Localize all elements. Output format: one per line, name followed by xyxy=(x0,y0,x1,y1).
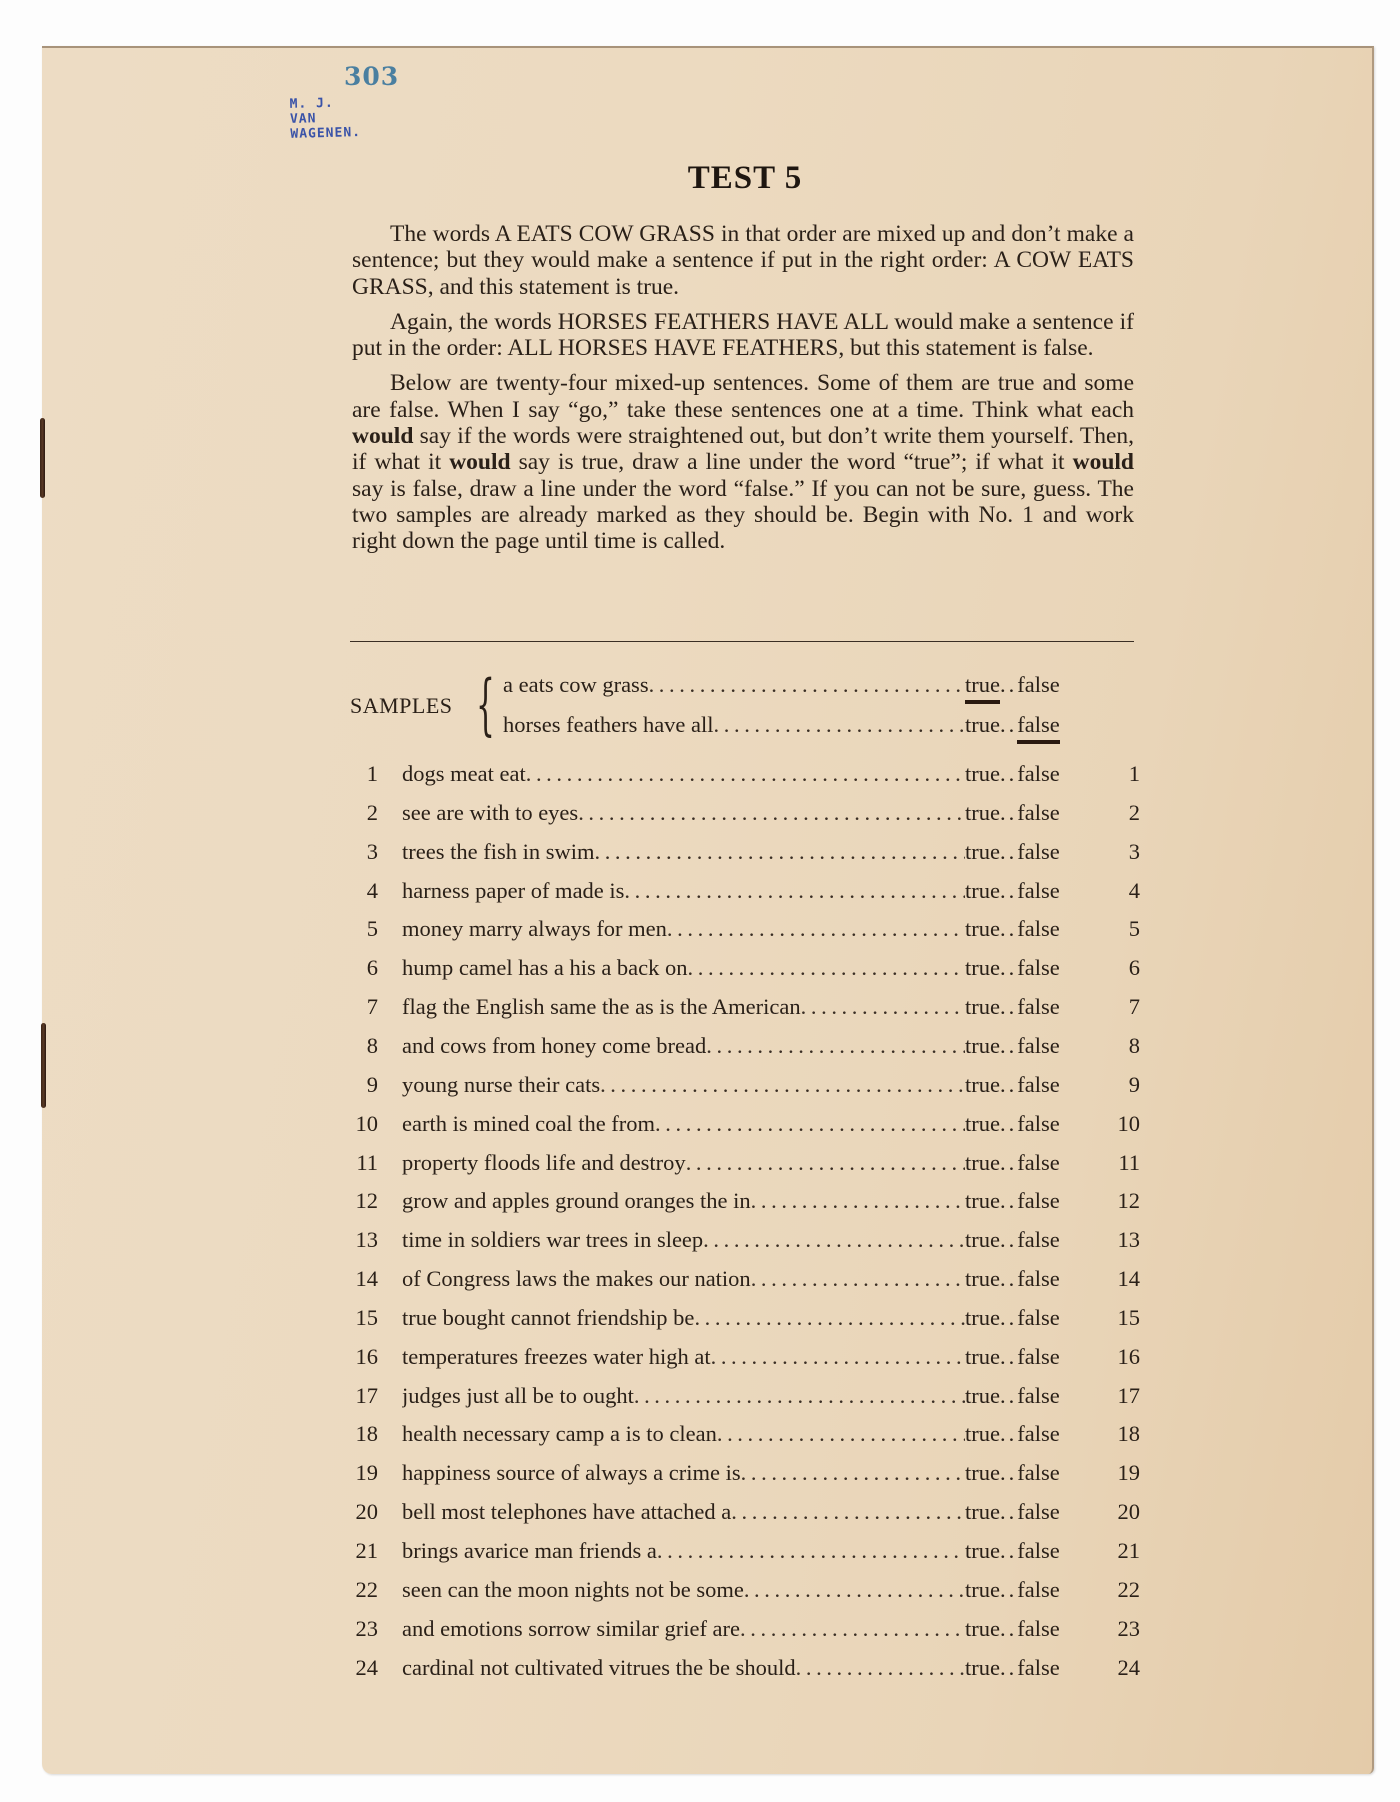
item-number-right: 18 xyxy=(1110,1419,1140,1449)
answer-false[interactable]: false xyxy=(1017,1305,1059,1330)
mixed-sentence: hump camel has a his a back on..........… xyxy=(402,953,965,983)
item-number-right: 23 xyxy=(1110,1614,1140,1644)
sample-row: a eats cow grass........................… xyxy=(0,670,1400,700)
item-number-right: 7 xyxy=(1110,992,1140,1022)
answer-true[interactable]: true xyxy=(965,1150,1000,1175)
item-number: 7 xyxy=(348,992,378,1022)
answer-separator: .. xyxy=(1000,1460,1017,1485)
answer-true[interactable]: true xyxy=(965,1616,1000,1641)
answer-separator: .. xyxy=(1000,761,1017,786)
answer-separator: .. xyxy=(1000,1538,1017,1563)
answer-separator: .. xyxy=(1000,916,1017,941)
answer-separator: .. xyxy=(1000,1344,1017,1369)
answer-choices: true..false xyxy=(965,670,1060,700)
answer-true[interactable]: true xyxy=(965,1538,1000,1563)
answer-false[interactable]: false xyxy=(1017,672,1059,697)
answer-separator: .. xyxy=(1000,1266,1017,1291)
mixed-sentence: and cows from honey come bread..........… xyxy=(402,1031,965,1061)
answer-true[interactable]: true xyxy=(965,1188,1000,1213)
item-number: 5 xyxy=(348,914,378,944)
item-number-right: 11 xyxy=(1110,1148,1140,1178)
mixed-sentence: trees the fish in swim..................… xyxy=(402,837,965,867)
answer-false[interactable]: false xyxy=(1017,761,1059,786)
answer-false[interactable]: false xyxy=(1017,1499,1059,1524)
answer-separator: .. xyxy=(1000,878,1017,903)
test-item-row: 14of Congress laws the makes our nation.… xyxy=(0,1264,1400,1294)
item-number-right: 24 xyxy=(1110,1653,1140,1683)
item-number: 15 xyxy=(348,1303,378,1333)
mixed-sentence: health necessary camp a is to clean.....… xyxy=(402,1419,965,1449)
answer-true[interactable]: true xyxy=(965,916,1000,941)
mixed-sentence: harness paper of made is................… xyxy=(402,876,965,906)
answer-true[interactable]: true xyxy=(965,672,1000,697)
answer-separator: .. xyxy=(1000,839,1017,864)
answer-separator: .. xyxy=(1000,1655,1017,1680)
mixed-sentence: grow and apples ground oranges the in...… xyxy=(402,1186,965,1216)
mixed-sentence: time in soldiers war trees in sleep.....… xyxy=(402,1225,965,1255)
answer-false[interactable]: false xyxy=(1017,916,1059,941)
answer-choices: true..false xyxy=(965,876,1060,906)
answer-choices: true..false xyxy=(965,1109,1060,1139)
test-item-row: 5money marry always for men.............… xyxy=(0,914,1400,944)
mixed-sentence: flag the English same the as is the Amer… xyxy=(402,992,965,1022)
answer-choices: true..false xyxy=(965,992,1060,1022)
answer-true[interactable]: true xyxy=(965,1577,1000,1602)
answer-true[interactable]: true xyxy=(965,1227,1000,1252)
mixed-sentence: happiness source of always a crime is...… xyxy=(402,1458,965,1488)
mixed-sentence: cardinal not cultivated vitrues the be s… xyxy=(402,1653,965,1683)
answer-false[interactable]: false xyxy=(1017,1072,1059,1097)
answer-false[interactable]: false xyxy=(1017,1421,1059,1446)
instructions: The words A EATS COW GRASS in that order… xyxy=(352,221,1134,564)
answer-separator: .. xyxy=(1000,1188,1017,1213)
item-number-right: 3 xyxy=(1110,837,1140,867)
test-item-row: 16temperatures freezes water high at....… xyxy=(0,1342,1400,1372)
answer-choices: true..false xyxy=(965,1536,1060,1566)
test-item-row: 11property floods life and destroy......… xyxy=(0,1148,1400,1178)
test-item-row: 2see are with to eyes...................… xyxy=(0,798,1400,828)
item-number-right: 19 xyxy=(1110,1458,1140,1488)
test-item-row: 6hump camel has a his a back on.........… xyxy=(0,953,1400,983)
answer-true[interactable]: true xyxy=(965,1655,1000,1680)
item-number: 6 xyxy=(348,953,378,983)
test-item-row: 7flag the English same the as is the Ame… xyxy=(0,992,1400,1022)
stamp-page-number: 303 xyxy=(344,62,399,91)
answer-choices: true..false xyxy=(965,1303,1060,1333)
answer-choices: true..false xyxy=(965,1497,1060,1527)
answer-true[interactable]: true xyxy=(965,1266,1000,1291)
test-title: TEST 5 xyxy=(0,160,1400,197)
answer-false[interactable]: false xyxy=(1017,1383,1059,1408)
answer-false[interactable]: false xyxy=(1017,800,1059,825)
mixed-sentence: and emotions sorrow similar grief are...… xyxy=(402,1614,965,1644)
answer-choices: true..false xyxy=(965,1031,1060,1061)
answer-true[interactable]: true xyxy=(965,1460,1000,1485)
item-number-right: 5 xyxy=(1110,914,1140,944)
mixed-sentence: seen can the moon nights not be some....… xyxy=(402,1575,965,1605)
answer-true[interactable]: true xyxy=(965,1033,1000,1058)
answer-separator: .. xyxy=(1000,1577,1017,1602)
answer-false[interactable]: false xyxy=(1017,839,1059,864)
answer-choices: true..false xyxy=(965,1575,1060,1605)
mixed-sentence: young nurse their cats..................… xyxy=(402,1070,965,1100)
answer-separator: .. xyxy=(1000,1111,1017,1136)
binding-staple-top xyxy=(40,418,45,498)
answer-false[interactable]: false xyxy=(1017,712,1059,737)
answer-separator: .. xyxy=(1000,955,1017,980)
mixed-sentence: bell most telephones have attached a....… xyxy=(402,1497,965,1527)
item-number-right: 10 xyxy=(1110,1109,1140,1139)
answer-true[interactable]: true xyxy=(965,955,1000,980)
answer-false[interactable]: false xyxy=(1017,1150,1059,1175)
answer-separator: .. xyxy=(1000,994,1017,1019)
item-number: 12 xyxy=(348,1186,378,1216)
answer-separator: .. xyxy=(1000,1383,1017,1408)
answer-choices: true..false xyxy=(965,837,1060,867)
answer-false[interactable]: false xyxy=(1017,1538,1059,1563)
answer-false[interactable]: false xyxy=(1017,1655,1059,1680)
item-number: 8 xyxy=(348,1031,378,1061)
answer-false[interactable]: false xyxy=(1017,1616,1059,1641)
answer-choices: true..false xyxy=(965,1419,1060,1449)
item-number: 24 xyxy=(348,1653,378,1683)
answer-choices: true..false xyxy=(965,1614,1060,1644)
answer-true[interactable]: true xyxy=(965,712,1000,737)
answer-choices: true..false xyxy=(965,1225,1060,1255)
item-number: 4 xyxy=(348,876,378,906)
item-number: 3 xyxy=(348,837,378,867)
instructions-paragraph-2: Again, the words HORSES FEATHERS HAVE AL… xyxy=(352,309,1134,362)
item-number: 9 xyxy=(348,1070,378,1100)
item-number: 21 xyxy=(348,1536,378,1566)
answer-separator: .. xyxy=(1000,1499,1017,1524)
test-item-row: 22seen can the moon nights not be some..… xyxy=(0,1575,1400,1605)
item-number-right: 6 xyxy=(1110,953,1140,983)
instructions-paragraph-1: The words A EATS COW GRASS in that order… xyxy=(352,221,1134,300)
mixed-sentence: brings avarice man friends a............… xyxy=(402,1536,965,1566)
test-item-row: 9young nurse their cats.................… xyxy=(0,1070,1400,1100)
mixed-sentence: property floods life and destroy........… xyxy=(402,1148,965,1178)
answer-separator: .. xyxy=(1000,1033,1017,1058)
item-number-right: 9 xyxy=(1110,1070,1140,1100)
answer-true[interactable]: true xyxy=(965,994,1000,1019)
answer-choices: true..false xyxy=(965,1653,1060,1683)
mixed-sentence: of Congress laws the makes our nation...… xyxy=(402,1264,965,1294)
answer-true[interactable]: true xyxy=(965,1111,1000,1136)
test-item-row: 12grow and apples ground oranges the in.… xyxy=(0,1186,1400,1216)
item-number-right: 1 xyxy=(1110,759,1140,789)
mixed-sentence: temperatures freezes water high at......… xyxy=(402,1342,965,1372)
item-number-right: 16 xyxy=(1110,1342,1140,1372)
test-item-row: 4harness paper of made is...............… xyxy=(0,876,1400,906)
test-item-row: 19happiness source of always a crime is.… xyxy=(0,1458,1400,1488)
item-number: 13 xyxy=(348,1225,378,1255)
test-item-row: 8and cows from honey come bread.........… xyxy=(0,1031,1400,1061)
answer-choices: true..false xyxy=(965,759,1060,789)
answer-false[interactable]: false xyxy=(1017,1460,1059,1485)
answer-separator: .. xyxy=(1000,1227,1017,1252)
item-number: 18 xyxy=(348,1419,378,1449)
answer-true[interactable]: true xyxy=(965,1383,1000,1408)
answer-separator: .. xyxy=(1000,712,1017,737)
section-divider xyxy=(350,641,1134,642)
test-item-row: 20bell most telephones have attached a..… xyxy=(0,1497,1400,1527)
item-number: 22 xyxy=(348,1575,378,1605)
item-number-right: 8 xyxy=(1110,1031,1140,1061)
answer-true[interactable]: true xyxy=(965,1499,1000,1524)
answer-choices: true..false xyxy=(965,1458,1060,1488)
item-number: 14 xyxy=(348,1264,378,1294)
mixed-sentence: earth is mined coal the from............… xyxy=(402,1109,965,1139)
answer-separator: .. xyxy=(1000,1616,1017,1641)
item-number: 16 xyxy=(348,1342,378,1372)
item-number: 1 xyxy=(348,759,378,789)
test-item-row: 1dogs meat eat..........................… xyxy=(0,759,1400,789)
item-number: 10 xyxy=(348,1109,378,1139)
mixed-sentence: a eats cow grass........................… xyxy=(503,670,965,700)
mixed-sentence: horses feathers have all................… xyxy=(503,710,965,740)
test-item-row: 18health necessary camp a is to clean...… xyxy=(0,1419,1400,1449)
answer-choices: true..false xyxy=(965,914,1060,944)
item-number: 19 xyxy=(348,1458,378,1488)
item-number: 17 xyxy=(348,1381,378,1411)
test-item-row: 17judges just all be to ought...........… xyxy=(0,1381,1400,1411)
mixed-sentence: true bought cannot friendship be........… xyxy=(402,1303,965,1333)
answer-false[interactable]: false xyxy=(1017,1033,1059,1058)
item-number-right: 2 xyxy=(1110,798,1140,828)
answer-true[interactable]: true xyxy=(965,800,1000,825)
mixed-sentence: see are with to eyes....................… xyxy=(402,798,965,828)
answer-choices: true..false xyxy=(965,1186,1060,1216)
answer-true[interactable]: true xyxy=(965,1072,1000,1097)
answer-choices: true..false xyxy=(965,710,1060,740)
answer-separator: .. xyxy=(1000,1421,1017,1446)
answer-false[interactable]: false xyxy=(1017,878,1059,903)
answer-false[interactable]: false xyxy=(1017,994,1059,1019)
item-number-right: 4 xyxy=(1110,876,1140,906)
item-number-right: 15 xyxy=(1110,1303,1140,1333)
sample-row: horses feathers have all................… xyxy=(0,710,1400,740)
item-number-right: 14 xyxy=(1110,1264,1140,1294)
answer-choices: true..false xyxy=(965,1070,1060,1100)
item-number-right: 12 xyxy=(1110,1186,1140,1216)
answer-true[interactable]: true xyxy=(965,1344,1000,1369)
item-number-right: 21 xyxy=(1110,1536,1140,1566)
answer-true[interactable]: true xyxy=(965,1421,1000,1446)
item-number-right: 22 xyxy=(1110,1575,1140,1605)
answer-choices: true..false xyxy=(965,1264,1060,1294)
mixed-sentence: money marry always for men..............… xyxy=(402,914,965,944)
mixed-sentence: dogs meat eat...........................… xyxy=(402,759,965,789)
answer-true[interactable]: true xyxy=(965,761,1000,786)
test-item-row: 23and emotions sorrow similar grief are.… xyxy=(0,1614,1400,1644)
mixed-sentence: judges just all be to ought.............… xyxy=(402,1381,965,1411)
answer-false[interactable]: false xyxy=(1017,1344,1059,1369)
item-number-right: 17 xyxy=(1110,1381,1140,1411)
answer-separator: .. xyxy=(1000,800,1017,825)
item-number-right: 20 xyxy=(1110,1497,1140,1527)
answer-false[interactable]: false xyxy=(1017,1188,1059,1213)
answer-true[interactable]: true xyxy=(965,878,1000,903)
answer-false[interactable]: false xyxy=(1017,1266,1059,1291)
item-number-right: 13 xyxy=(1110,1225,1140,1255)
answer-true[interactable]: true xyxy=(965,1305,1000,1330)
instructions-paragraph-3: Below are twenty-four mixed-up sentences… xyxy=(352,370,1134,554)
test-item-row: 3trees the fish in swim.................… xyxy=(0,837,1400,867)
item-number: 2 xyxy=(348,798,378,828)
item-number: 11 xyxy=(348,1148,378,1178)
answer-true[interactable]: true xyxy=(965,839,1000,864)
answer-choices: true..false xyxy=(965,798,1060,828)
answer-false[interactable]: false xyxy=(1017,1227,1059,1252)
item-number: 20 xyxy=(348,1497,378,1527)
stamp-owner-name: M. J. VAN WAGENEN. xyxy=(289,95,361,142)
answer-false[interactable]: false xyxy=(1017,955,1059,980)
test-item-row: 21brings avarice man friends a..........… xyxy=(0,1536,1400,1566)
answer-separator: .. xyxy=(1000,1305,1017,1330)
test-item-row: 13time in soldiers war trees in sleep...… xyxy=(0,1225,1400,1255)
answer-choices: true..false xyxy=(965,1148,1060,1178)
answer-choices: true..false xyxy=(965,953,1060,983)
answer-false[interactable]: false xyxy=(1017,1577,1059,1602)
answer-separator: .. xyxy=(1000,1150,1017,1175)
test-item-row: 24cardinal not cultivated vitrues the be… xyxy=(0,1653,1400,1683)
test-item-row: 15true bought cannot friendship be......… xyxy=(0,1303,1400,1333)
answer-choices: true..false xyxy=(965,1342,1060,1372)
item-number: 23 xyxy=(348,1614,378,1644)
answer-separator: .. xyxy=(1000,672,1017,697)
answer-false[interactable]: false xyxy=(1017,1111,1059,1136)
answer-choices: true..false xyxy=(965,1381,1060,1411)
test-item-row: 10earth is mined coal the from..........… xyxy=(0,1109,1400,1139)
answer-separator: .. xyxy=(1000,1072,1017,1097)
